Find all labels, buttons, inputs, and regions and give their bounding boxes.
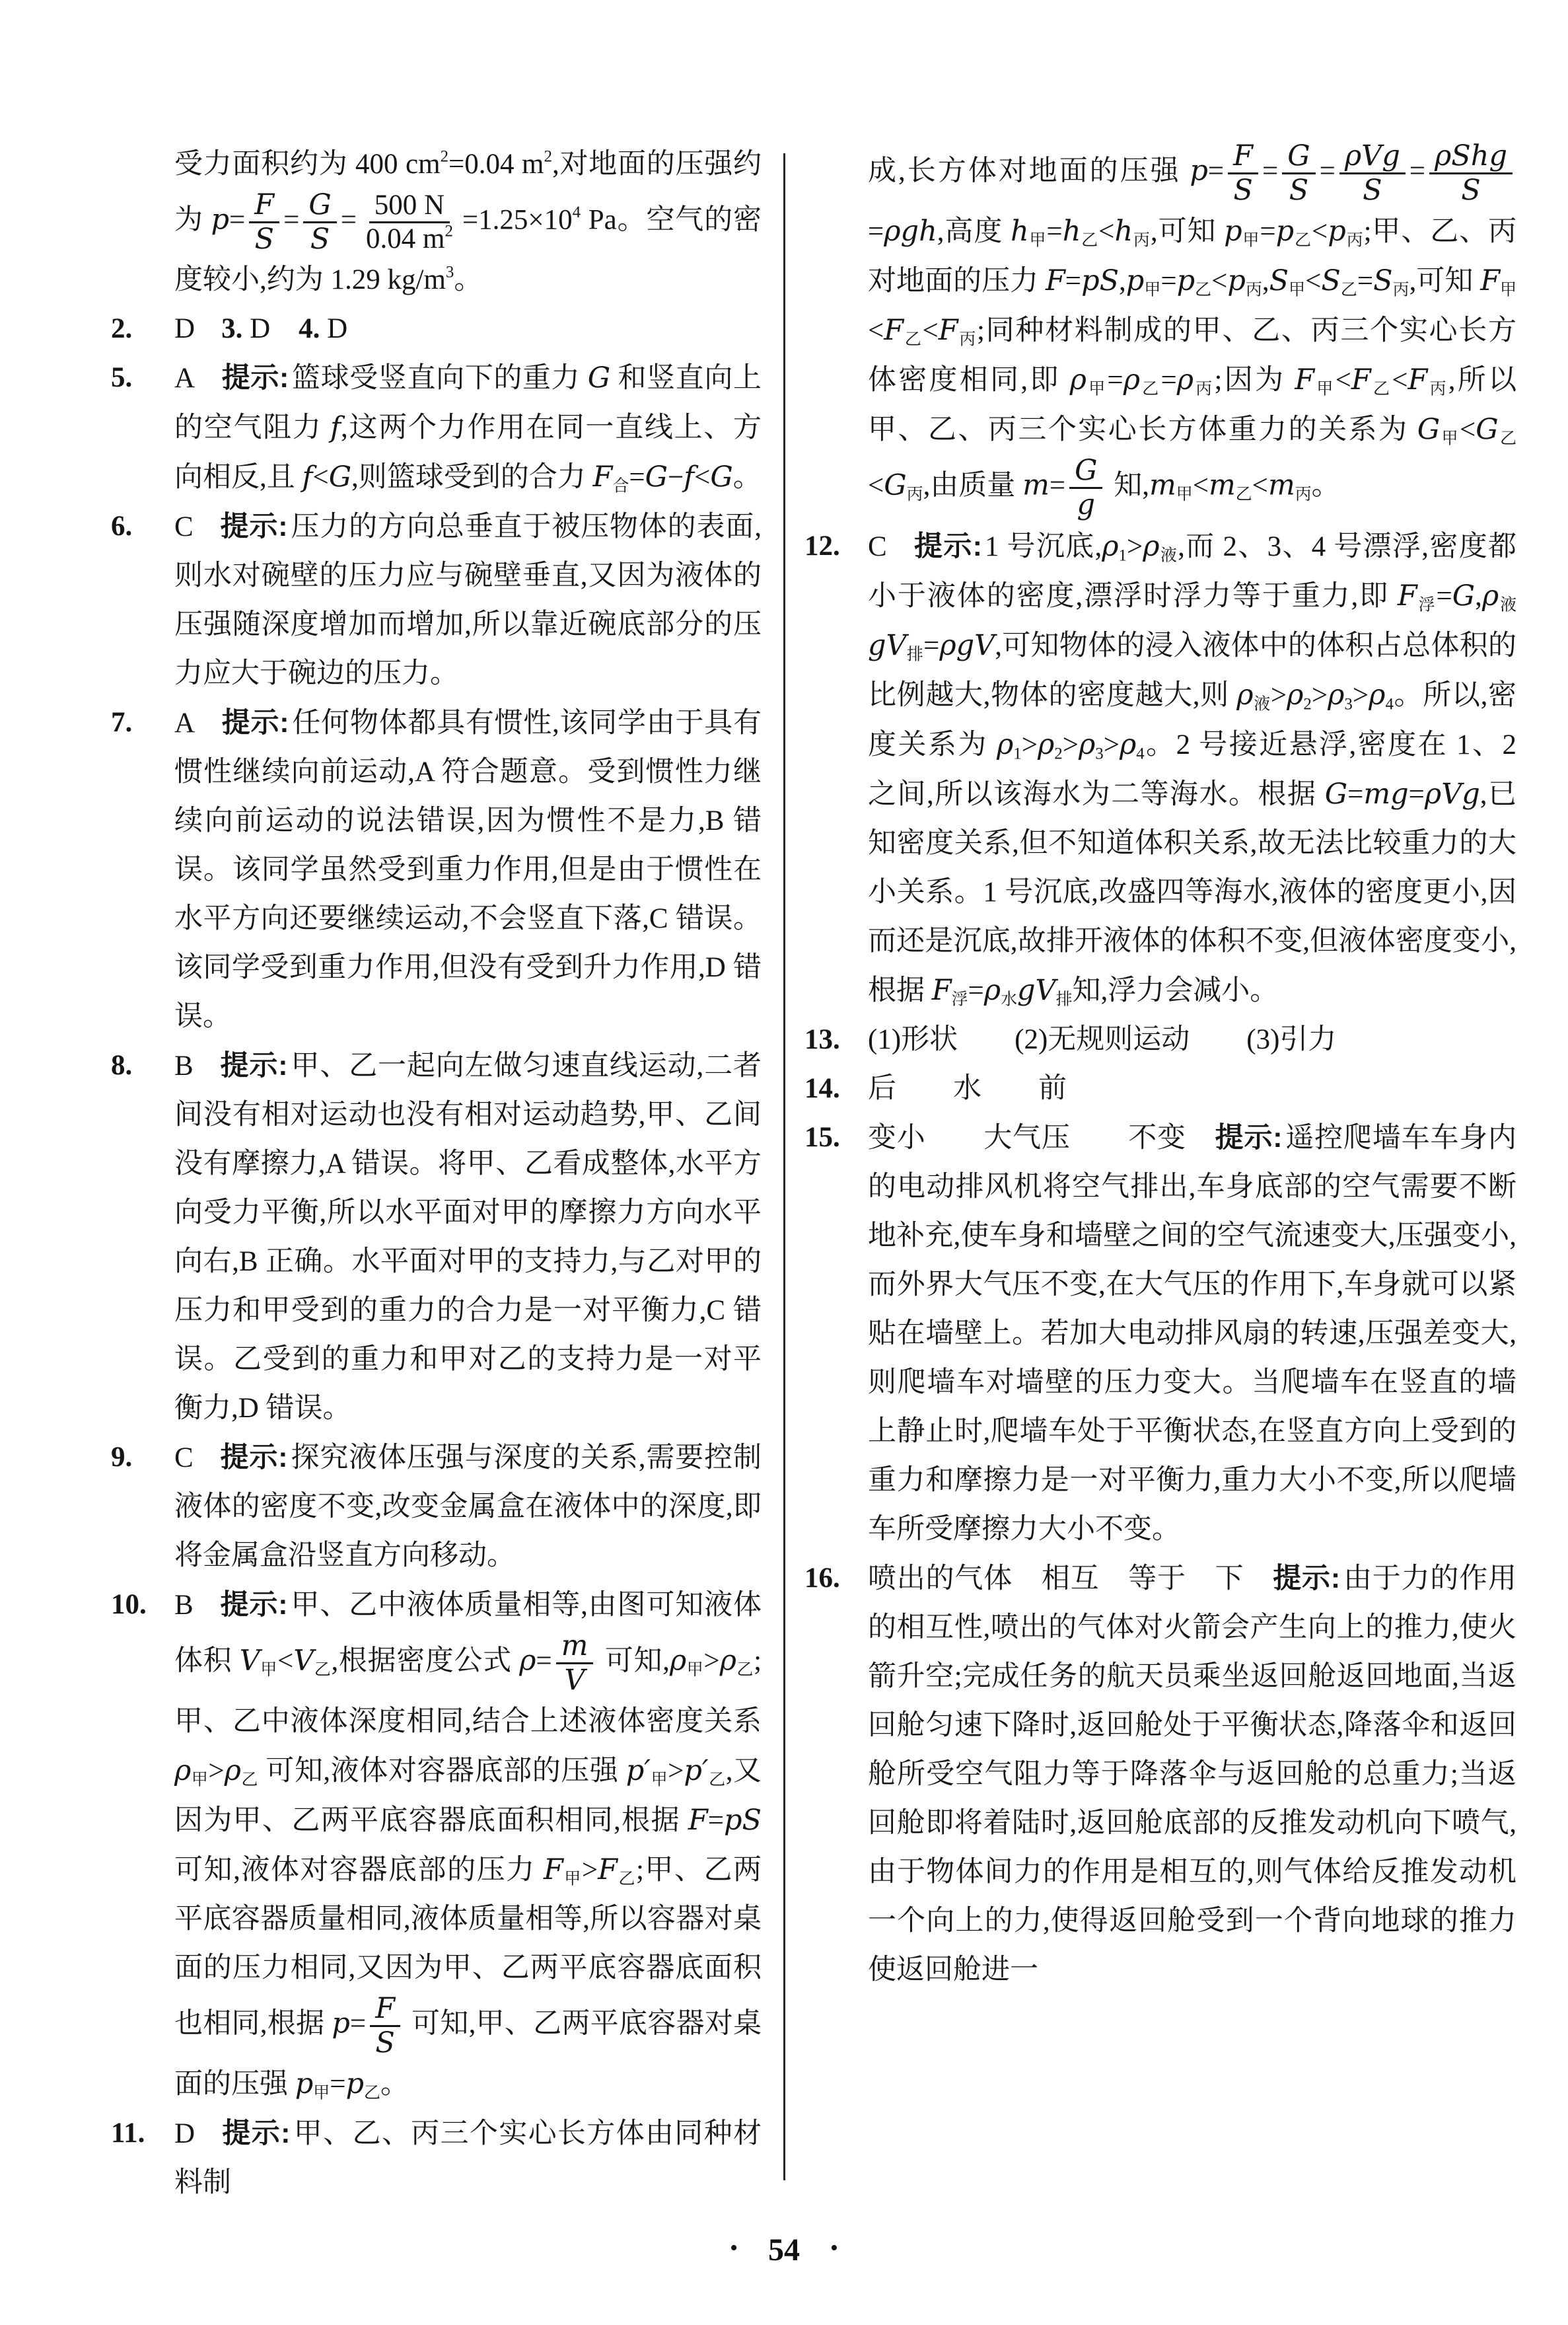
math-variable: ρ — [1143, 530, 1159, 563]
text-run: ,则篮球受到的合力 — [351, 462, 593, 493]
text-run: = — [1107, 365, 1123, 396]
answer-item: 9.C提示:探究液体压强与深度的关系,需要控制液体的密度不变,改变金属盒在液体中… — [111, 1433, 762, 1580]
item-number: 10. — [111, 1580, 147, 1629]
math-variable: F — [593, 461, 613, 494]
hint-label: 提示: — [221, 362, 289, 394]
text-run: 。 — [454, 264, 482, 295]
fraction-numerator: G — [1069, 455, 1102, 489]
text-run: D — [320, 313, 347, 344]
math-variable: F — [932, 974, 952, 1007]
text-run: 。 — [733, 462, 762, 493]
answer-item-continuation: 成,长方体对地面的压强 p=FS=GS=ρVgS=ρShgS=ρgh,高度 h甲… — [804, 140, 1516, 522]
fraction-numerator: m — [556, 1630, 594, 1664]
math-variable: p — [1126, 264, 1145, 297]
math-variable: G — [1287, 139, 1310, 172]
text-run: < — [277, 1646, 293, 1677]
subscript: 乙 — [709, 1771, 726, 1789]
math-variable: ρ — [1079, 728, 1095, 761]
subscript: 1 — [1013, 745, 1021, 762]
math-variable: ρ — [225, 1754, 241, 1787]
text-run: > — [208, 1755, 224, 1787]
text-run: > — [582, 1855, 598, 1886]
math-variable: F — [375, 1992, 395, 2025]
fraction: Gg — [1069, 455, 1102, 521]
subscript: 排 — [907, 646, 924, 663]
math-variable: ρgh — [884, 215, 937, 248]
text-run: 由于力的作用的相互性,喷出的气体对火箭会产生向上的推力,使火箭升空;完成任务的航… — [868, 1563, 1516, 1985]
text-run: < — [1193, 470, 1209, 501]
text-run: < — [868, 470, 884, 501]
item-number: 7. — [111, 698, 132, 747]
answer-item: 6.C提示:压力的方向总垂直于被压物体的表面,则水对碗壁的压力应与碗壁垂直,又因… — [111, 502, 762, 698]
math-variable: m — [1268, 469, 1295, 502]
text-run: < — [868, 315, 884, 346]
text-run: ,已知密度关系,但不知道体积关系,故无法比较重力的大小关系。1 号沉底,改盛四等… — [868, 779, 1516, 1006]
text-run: − — [668, 462, 684, 493]
text-run: D — [242, 313, 299, 344]
math-variable: S — [375, 2026, 394, 2059]
subscript: 排 — [1056, 990, 1073, 1008]
text-run: ,可知 — [1151, 216, 1224, 247]
math-variable: p′ — [684, 1754, 708, 1787]
text-run: 遥控爬墙车车身内的电动排风机将空气排出,车身底部的空气需要不断地补充,使车身和墙… — [868, 1123, 1516, 1545]
math-variable: S — [310, 223, 330, 256]
text-run: 喷出的气体 相互 等于 下 — [868, 1563, 1273, 1594]
text-run: 500 N — [374, 190, 445, 221]
subscript: 丙 — [1246, 281, 1262, 299]
math-variable: m — [1022, 469, 1050, 502]
math-variable: p — [1276, 215, 1295, 248]
text-run: = — [1262, 156, 1278, 187]
math-variable: V — [565, 1664, 585, 1697]
fraction-numerator: F — [1228, 140, 1258, 174]
text-run: = — [229, 205, 245, 236]
subscript: 乙 — [1499, 430, 1516, 448]
subscript: 液 — [1160, 546, 1178, 564]
text-run: 受力面积约为 400 cm — [174, 149, 441, 180]
subscript: 液 — [1254, 695, 1271, 713]
math-variable: G — [1452, 579, 1475, 612]
subscript: 乙 — [1294, 232, 1312, 250]
subscript: 甲 — [563, 1870, 582, 1888]
text-run: > — [1271, 680, 1287, 711]
math-variable: G — [1325, 778, 1347, 811]
hint-label: 提示: — [220, 1442, 288, 1473]
math-variable: h — [1011, 215, 1029, 248]
math-variable: gV — [1017, 974, 1056, 1007]
text-run: 可知, — [597, 1646, 669, 1677]
math-variable: G — [645, 461, 668, 494]
hint-label: 提示: — [220, 1589, 288, 1621]
math-variable: G — [329, 461, 351, 494]
math-variable: ρ — [1102, 530, 1118, 563]
math-variable: m — [1209, 469, 1236, 502]
subscript: 乙 — [241, 1771, 258, 1789]
math-variable: f — [684, 461, 694, 494]
text-run: 1 号沉底, — [985, 531, 1102, 562]
hint-label: 提示: — [913, 531, 982, 562]
item-number: 5. — [111, 353, 132, 402]
text-run: > — [1127, 531, 1143, 562]
text-run: > — [703, 1646, 719, 1677]
math-variable: G — [884, 469, 906, 502]
text-run: = — [629, 462, 645, 493]
subscript: 甲 — [686, 1661, 703, 1679]
hint-label: 提示: — [1273, 1563, 1340, 1594]
math-variable: ρ — [519, 1644, 536, 1678]
math-variable: mg — [1363, 778, 1408, 811]
math-variable: ρ — [1328, 679, 1344, 712]
math-variable: F — [688, 1804, 708, 1837]
math-variable: F — [1408, 363, 1427, 396]
math-variable: p — [345, 2067, 364, 2100]
math-variable: pS — [724, 1804, 762, 1837]
answer-item: 2.D3. D 4. D — [111, 305, 762, 353]
math-variable: ρShg — [1435, 139, 1507, 172]
fraction-numerator: G — [1282, 140, 1315, 174]
text-run: > — [1063, 729, 1079, 760]
math-variable: gV — [868, 629, 907, 662]
text-run: 。 — [380, 2069, 409, 2100]
math-variable: S — [1289, 174, 1308, 207]
subscript: 3 — [1344, 695, 1352, 713]
text-run: = — [536, 1646, 552, 1677]
text-run: = — [350, 2008, 366, 2039]
text-run: < — [1252, 470, 1268, 501]
math-variable: ρ — [1177, 363, 1194, 396]
subscript: 甲 — [651, 1771, 668, 1789]
fraction-numerator: ρVg — [1339, 140, 1406, 174]
item-number: 6. — [111, 502, 132, 551]
subscript: 乙 — [314, 1661, 331, 1679]
math-variable: ρ — [997, 728, 1013, 761]
math-variable: F — [544, 1853, 563, 1886]
math-variable: ρVg — [1345, 139, 1400, 172]
subscript: 乙 — [618, 1870, 636, 1888]
text-run: < — [312, 462, 328, 493]
text-run: > — [1104, 729, 1120, 760]
text-run: 甲、乙一起向左做匀速直线运动,二者间没有相对运动也没有相对运动趋势,甲、乙间没有… — [174, 1051, 762, 1424]
math-variable: G — [588, 361, 610, 394]
math-variable: ρ — [1038, 728, 1054, 761]
math-variable: S — [1269, 264, 1289, 297]
subscript: 乙 — [904, 331, 922, 349]
item-number: 15. — [804, 1113, 840, 1162]
text-run: = — [1409, 156, 1425, 187]
text-run: = — [1347, 779, 1363, 810]
math-variable: p — [295, 2067, 314, 2100]
math-variable: m — [1149, 469, 1176, 502]
subscript: 4 — [1385, 695, 1393, 713]
text-run: 可知,液体对容器底部的压力 — [174, 1855, 544, 1886]
page-number: 54 — [768, 2233, 800, 2268]
text-run: = — [1065, 266, 1081, 297]
subscript: 2 — [1303, 695, 1311, 713]
math-variable: F — [884, 314, 904, 347]
math-variable: pS — [1081, 264, 1119, 297]
fraction: FS — [1228, 140, 1258, 207]
fraction-denominator: g — [1072, 489, 1101, 521]
text-run: = — [1436, 581, 1452, 612]
math-variable: F — [1480, 264, 1500, 297]
subscript: 甲 — [1500, 281, 1516, 299]
text-run: = — [708, 1805, 724, 1836]
hint-label: 提示: — [221, 707, 289, 739]
fraction-numerator: G — [303, 189, 336, 223]
text-run: = — [968, 975, 984, 1006]
math-variable: F — [1046, 264, 1065, 297]
subscript: 丙 — [1346, 232, 1364, 250]
answer-item: 11.D提示:甲、乙、丙三个实心长方体由同种材料制 — [111, 2109, 762, 2207]
answer-item: 12.C提示:1 号沉底,ρ1>ρ液,而 2、3、4 号漂浮,密度都小于液体的密… — [804, 522, 1516, 1015]
fraction: GS — [303, 189, 336, 256]
hint-label: 提示: — [221, 2118, 290, 2149]
fraction-denominator: S — [1357, 174, 1387, 207]
text-run: > — [1312, 680, 1328, 711]
text-run: < — [1305, 266, 1321, 297]
text-run: = — [1409, 779, 1425, 810]
text-run: = — [1046, 216, 1062, 247]
math-variable: p — [211, 203, 229, 237]
answer-item: 13.(1)形状 (2)无规则运动 (3)引力 — [804, 1015, 1516, 1064]
subscript: 乙 — [1081, 232, 1098, 250]
fraction-numerator: 500 N — [369, 190, 450, 223]
math-variable: p — [1190, 155, 1208, 188]
answer-item: 15.变小 大气压 不变 提示:遥控爬墙车车身内的电动排风机将空气排出,车身底部… — [804, 1113, 1516, 1554]
text-run: ,由质量 — [923, 470, 1023, 501]
math-variable: ρgV — [939, 629, 995, 662]
math-variable: F — [254, 188, 274, 221]
text-run: 变小 大气压 不变 — [868, 1123, 1215, 1154]
item-number-inline: 4. — [299, 313, 320, 344]
text-run: > — [668, 1755, 684, 1787]
subscript: 甲 — [1029, 232, 1047, 250]
text-run: = — [1160, 266, 1176, 297]
superscript: 2 — [544, 148, 552, 166]
math-variable: F — [598, 1853, 618, 1886]
subscript: 丙 — [907, 486, 923, 503]
answer-letter: C — [868, 531, 887, 562]
text-run: =0.04 m — [448, 149, 544, 180]
math-variable: p′ — [626, 1754, 651, 1787]
text-run: = — [1357, 266, 1373, 297]
math-variable: ρ — [1287, 679, 1303, 712]
math-variable: F — [1398, 579, 1417, 612]
fraction-numerator: F — [249, 189, 279, 223]
text-run: > — [1022, 729, 1038, 760]
text-run: , — [1475, 581, 1482, 612]
text-run: 后 水 前 — [868, 1073, 1067, 1104]
text-run: ,可知 — [1409, 266, 1481, 297]
subscript: 丙 — [1133, 232, 1151, 250]
subscript: 甲 — [1289, 281, 1305, 299]
fraction: ρShgS — [1429, 140, 1513, 207]
page-footer: •54• — [0, 2232, 1568, 2268]
item-number-inline: 3. — [221, 313, 242, 344]
math-variable: G — [710, 461, 732, 494]
math-variable: S — [1363, 174, 1382, 207]
answer-item: 7.A提示:任何物体都具有惯性,该同学由于具有惯性继续向前运动,A 符合题意。受… — [111, 698, 762, 1041]
text-run: 知, — [1106, 470, 1149, 501]
math-variable: V — [293, 1644, 314, 1678]
fraction: 500 N0.04 m2 — [361, 190, 458, 255]
text-run: 0.04 m — [366, 223, 445, 254]
subscript: 乙 — [1341, 281, 1357, 299]
subscript: 丙 — [1393, 281, 1409, 299]
text-run: (1)形状 (2)无规则运动 (3)引力 — [868, 1024, 1336, 1055]
text-run: < — [1098, 216, 1114, 247]
fraction-denominator: S — [249, 223, 279, 256]
hint-label: 提示: — [220, 1050, 288, 1082]
text-run: < — [1392, 365, 1408, 396]
math-variable: g — [1077, 488, 1096, 521]
text-run: =1.25×10 — [462, 205, 573, 236]
text-run: = — [330, 2069, 345, 2100]
left-column: 受力面积约为 400 cm2=0.04 m2,对地面的压强约为 p=FS=GS=… — [111, 140, 762, 2207]
text-run: < — [694, 462, 710, 493]
fraction-denominator: S — [1228, 174, 1258, 207]
text-run: 可知,液体对容器底部的压强 — [258, 1755, 626, 1787]
math-variable: F — [1351, 363, 1371, 396]
subscript: 甲 — [260, 1661, 277, 1679]
text-run: = — [1050, 470, 1065, 501]
math-variable: p — [1224, 215, 1242, 248]
subscript: 甲 — [1242, 232, 1260, 250]
item-number: 9. — [111, 1433, 132, 1482]
text-run: = — [1320, 156, 1336, 187]
text-run: < — [1460, 414, 1476, 445]
subscript: 甲 — [1440, 430, 1460, 448]
fraction: FS — [370, 1993, 400, 2059]
subscript: 甲 — [191, 1771, 208, 1789]
text-run: 任何物体都具有惯性,该同学由于具有惯性继续向前运动,A 符合题意。受到惯性力继续… — [174, 708, 762, 1032]
subscript: 乙 — [1140, 381, 1160, 398]
answer-letter: B — [174, 1051, 194, 1082]
item-number: 12. — [804, 522, 840, 571]
math-variable: p — [1227, 264, 1246, 297]
answer-key-page: 受力面积约为 400 cm2=0.04 m2,对地面的压强约为 p=FS=GS=… — [0, 0, 1568, 2325]
math-variable: h — [1114, 215, 1133, 248]
footer-dot-left: • — [730, 2236, 738, 2260]
text-run: = — [1260, 216, 1275, 247]
math-variable: ρ — [720, 1644, 736, 1678]
math-variable: ρ — [1120, 728, 1136, 761]
text-run: = — [868, 216, 884, 247]
fraction: mV — [556, 1630, 594, 1697]
math-variable: ρ — [1236, 679, 1253, 712]
text-run: < — [1312, 216, 1328, 247]
subscript: 1 — [1119, 546, 1127, 564]
subscript: 甲 — [1176, 486, 1193, 503]
text-run: ,高度 — [937, 216, 1011, 247]
right-column: 成,长方体对地面的压强 p=FS=GS=ρVgS=ρShgS=ρgh,高度 h甲… — [804, 140, 1516, 1995]
text-run: 知,浮力会减小。 — [1073, 975, 1279, 1006]
fraction: FS — [249, 189, 279, 256]
fraction-denominator: S — [1456, 174, 1485, 207]
subscript: 乙 — [1236, 486, 1252, 503]
superscript: 3 — [446, 264, 454, 281]
math-variable: V — [240, 1644, 260, 1678]
fraction: ρVgS — [1339, 140, 1406, 207]
math-variable: p — [1328, 215, 1346, 248]
answer-letter: A — [174, 708, 195, 739]
fraction-numerator: ρShg — [1429, 140, 1513, 174]
subscript: 甲 — [1087, 381, 1107, 398]
superscript: 2 — [441, 148, 448, 166]
subscript: 丙 — [1194, 381, 1214, 398]
answer-letter: A — [174, 363, 195, 394]
subscript: 甲 — [313, 2084, 330, 2102]
subscript: 4 — [1136, 745, 1144, 762]
math-variable: f — [303, 461, 313, 494]
subscript: 2 — [1054, 745, 1062, 762]
text-run: < — [923, 315, 939, 346]
text-run: = — [341, 205, 357, 236]
math-variable: S — [1373, 264, 1392, 297]
text-run: = — [1208, 156, 1224, 187]
math-variable: S — [1321, 264, 1340, 297]
answer-item: 16.喷出的气体 相互 等于 下 提示:由于力的作用的相互性,喷出的气体对火箭会… — [804, 1554, 1516, 1995]
fraction-denominator: S — [1284, 174, 1314, 207]
math-variable: f — [330, 411, 341, 444]
answer-item: 8.B提示:甲、乙一起向左做匀速直线运动,二者间没有相对运动也没有相对运动趋势,… — [111, 1041, 762, 1433]
math-variable: ρ — [1123, 363, 1140, 396]
text-run: 篮球受竖直向下的重力 — [291, 363, 587, 394]
hint-label: 提示: — [220, 511, 288, 542]
answer-item: 5.A提示:篮球受竖直向下的重力 G 和竖直向上的空气阻力 f,这两个力作用在同… — [111, 353, 762, 502]
text-run: = — [1160, 365, 1176, 396]
subscript: 甲 — [1144, 281, 1160, 299]
item-number: 14. — [804, 1064, 840, 1113]
subscript: 合 — [612, 478, 629, 496]
text-run: > — [1353, 680, 1369, 711]
fraction-numerator: F — [370, 1993, 400, 2027]
math-variable: m — [561, 1629, 588, 1662]
fraction-denominator: S — [370, 2027, 400, 2059]
math-variable: S — [254, 223, 273, 256]
math-variable: F — [1233, 139, 1253, 172]
answer-letter: C — [174, 1442, 194, 1473]
subscript: 乙 — [1195, 281, 1211, 299]
math-variable: ρ — [1482, 579, 1499, 612]
subscript: 甲 — [1314, 381, 1335, 398]
footer-dot-right: • — [830, 2236, 838, 2260]
subscript: 乙 — [736, 1661, 754, 1679]
text-run: < — [1336, 365, 1351, 396]
math-variable: p — [1177, 264, 1195, 297]
answer-letter: D — [174, 313, 195, 344]
subscript: 丙 — [1295, 486, 1312, 503]
answer-letter: D — [174, 2118, 195, 2149]
text-run: ,根据密度公式 — [332, 1646, 520, 1677]
fraction-denominator: V — [559, 1664, 590, 1697]
item-number: 2. — [111, 305, 132, 353]
math-variable: F — [1295, 363, 1314, 396]
math-variable: ρ — [1369, 679, 1385, 712]
subscript: 乙 — [364, 2084, 380, 2102]
subscript: 液 — [1499, 596, 1516, 614]
subscript: 3 — [1095, 745, 1103, 762]
text-run: , — [1119, 266, 1126, 297]
subscript: 丙 — [1427, 381, 1448, 398]
superscript: 4 — [573, 203, 581, 221]
column-divider-line — [783, 153, 785, 2180]
item-number: 13. — [804, 1015, 840, 1064]
math-variable: ρ — [174, 1754, 191, 1787]
text-run: ;因为 — [1214, 365, 1295, 396]
math-variable: ρ — [670, 1644, 686, 1678]
answer-item: 10.B提示:甲、乙中液体质量相等,由图可知液体体积 V甲<V乙,根据密度公式 … — [111, 1580, 762, 2109]
